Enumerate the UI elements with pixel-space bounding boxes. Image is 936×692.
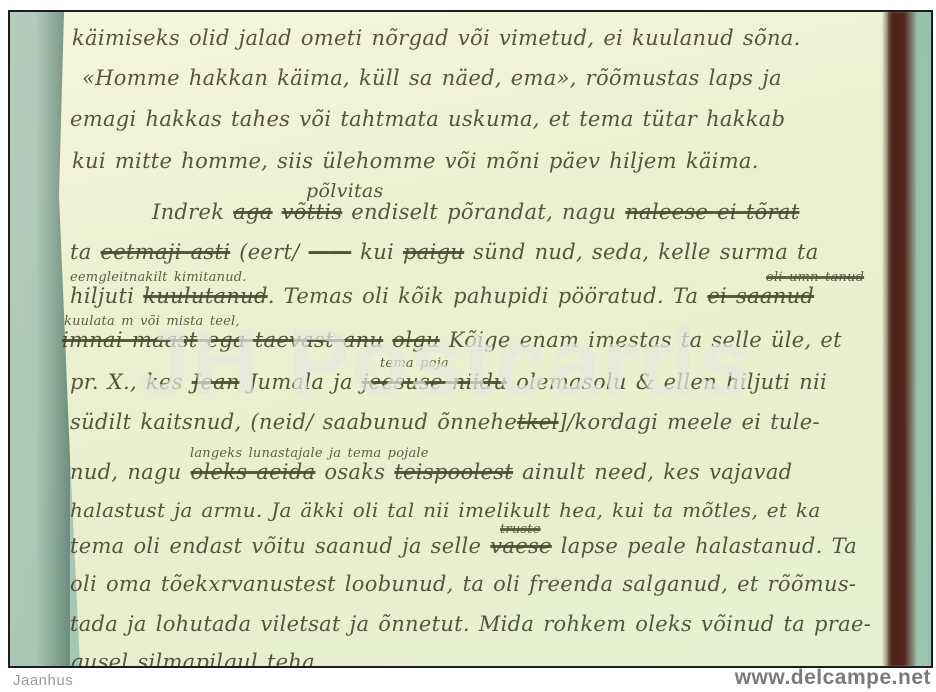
manuscript-line: südilt kaitsnud, (neid/ saabunud õnnehet… — [70, 410, 820, 434]
manuscript-line: kuulata m või mista teel, — [64, 314, 240, 329]
manuscript: käimiseks olid jalad ometi nõrgad või vi… — [10, 12, 931, 666]
manuscript-line: halastust ja armu. Ja äkki oli tal nii i… — [70, 498, 821, 522]
watermark-jaanhus: Jaanhus — [13, 672, 73, 689]
manuscript-line: käimiseks olid jalad ometi nõrgad või vi… — [72, 26, 801, 50]
manuscript-line: langeks lunastajale ja tema pojale — [190, 446, 429, 461]
postcard-photo: käimiseks olid jalad ometi nõrgad või vi… — [8, 10, 933, 668]
manuscript-line: emagi hakkas tahes või tahtmata uskuma, … — [70, 107, 785, 131]
manuscript-line: gusel silmapilgul teha. — [70, 650, 322, 668]
manuscript-line: oli oma tõekxrvanustest loobunud, ta oli… — [70, 572, 856, 596]
manuscript-line: imnai maast ega taevast anu olgu Kõige e… — [62, 328, 842, 352]
manuscript-line: «Homme hakkan käima, küll sa näed, ema»,… — [82, 66, 782, 90]
manuscript-line: tema poja — [380, 356, 449, 371]
watermark-delcampe: www.delcampe.net — [735, 666, 931, 690]
manuscript-line: tema oli endast võitu saanud ja selle va… — [70, 534, 857, 558]
manuscript-line: põlvitas — [306, 180, 384, 202]
manuscript-line: tada ja lohutada viletsat ja õnnetut. Mi… — [70, 612, 871, 636]
manuscript-line: oli umn tanud — [766, 270, 864, 285]
manuscript-line: kui mitte homme, siis ülehomme või mõni … — [72, 149, 759, 173]
manuscript-line: hiljuti kuulutanud. Temas oli kõik pahup… — [70, 284, 814, 308]
manuscript-line: nud, nagu oleks aeida osaks teispoolest … — [70, 460, 792, 484]
manuscript-line: eemgleitnakilt kimitanud. — [70, 270, 247, 285]
manuscript-line: Indrek aga võttis endiselt põrandat, nag… — [152, 200, 799, 224]
manuscript-line: ta eetmaji asti (eert/ —— kui paigu sünd… — [70, 240, 819, 264]
manuscript-line: pr. X., kes Jean Jumala ja jeesuse niidu… — [70, 370, 827, 394]
